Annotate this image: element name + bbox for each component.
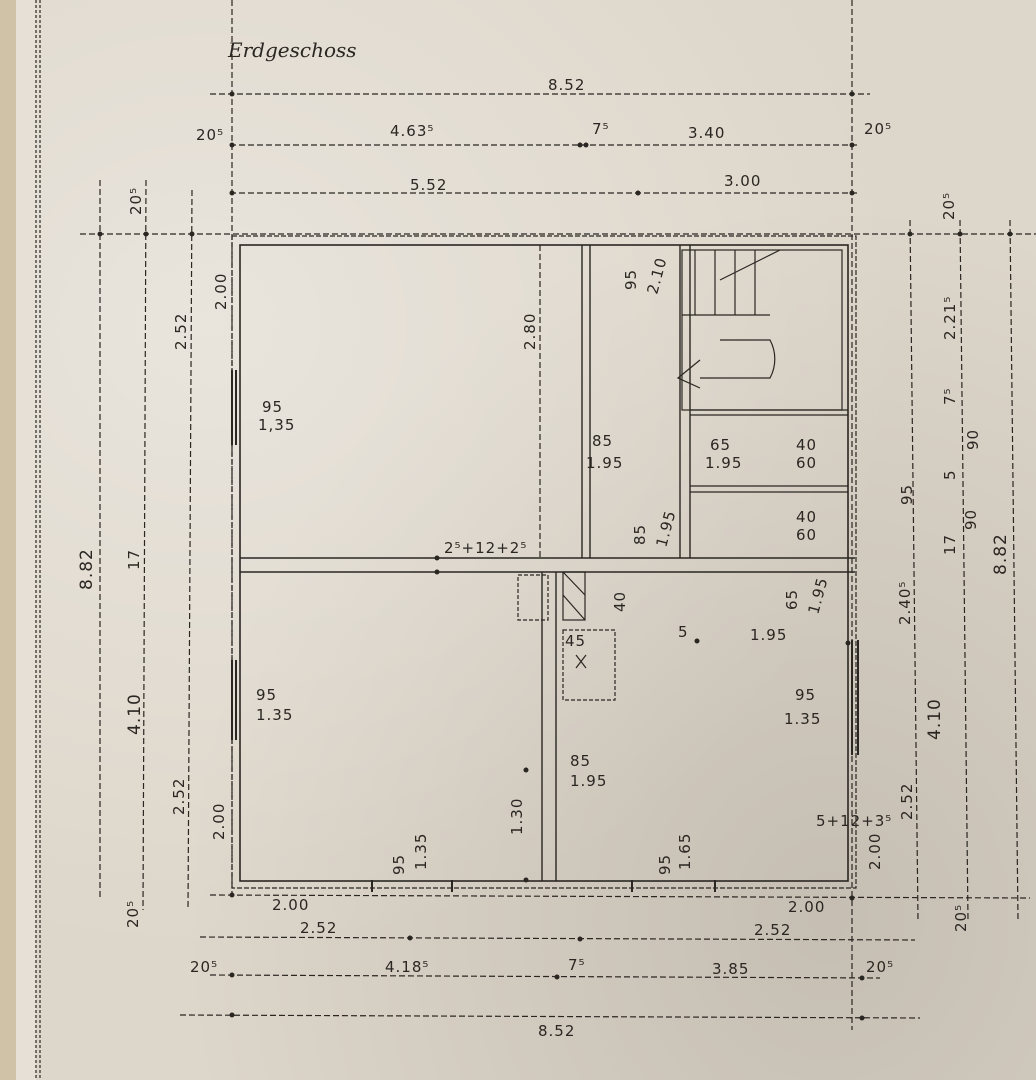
dim-right-axis-mid: 2.40⁵ (896, 581, 914, 625)
opening-left-bottom: 95 1.35 (256, 686, 293, 724)
dim-right-wall-height: 2.00 (866, 833, 884, 870)
svg-text:65: 65 (783, 589, 801, 610)
svg-text:1.95: 1.95 (705, 454, 742, 472)
opening-stair-window: 95 2.10 (622, 255, 671, 296)
dim-bottom-right-room: 3.85 (712, 960, 749, 978)
svg-text:60: 60 (796, 454, 817, 472)
svg-text:1.95: 1.95 (570, 772, 607, 790)
dim-closet-width: 45 (565, 632, 586, 650)
svg-text:2.10: 2.10 (643, 255, 670, 296)
dim-left-inner-wall: 17 (125, 549, 143, 570)
svg-text:85: 85 (631, 524, 649, 545)
dim-left-overall: 8.82 (77, 548, 97, 590)
dim-bottom-left-room: 4.18⁵ (385, 958, 429, 976)
svg-text:95: 95 (262, 398, 283, 416)
svg-text:40: 40 (796, 436, 817, 454)
opening-door-c: 85 1.95 (631, 508, 680, 549)
opening-door-d: 65 1.95 (783, 575, 832, 616)
svg-text:40: 40 (796, 508, 817, 526)
dim-right-wall-bottom: 20⁵ (952, 904, 970, 932)
opening-door-a: 85 1.95 (586, 432, 623, 472)
dim-room-height-bottom: 1.30 (508, 798, 526, 835)
opening-bottom-right: 95 1.65 (656, 833, 694, 875)
dim-bottom-wall-r: 20⁵ (866, 958, 894, 976)
svg-text:1.35: 1.35 (412, 833, 430, 870)
dim-hall-width: 1.95 (750, 626, 787, 644)
dim-gap: 5 (678, 623, 689, 641)
floor-plan: Erdgeschoss 8.52 20⁵ 4.63⁵ 7⁵ 3.40 20⁵ 5… (0, 0, 1036, 1080)
dim-right-door: 95 (898, 484, 916, 505)
svg-text:1.35: 1.35 (784, 710, 821, 728)
dim-left-wall-height-top: 2.00 (212, 273, 230, 310)
dim-top-wall-left: 20⁵ (196, 126, 224, 144)
svg-text:60: 60 (796, 526, 817, 544)
dim-overall-top: 8.52 (548, 76, 585, 94)
dim-left-axis-bottom: 2.52 (170, 778, 188, 815)
dim-wall-stack-right: 5+12+3⁵ (816, 812, 892, 830)
dim-right-wall-a: 7⁵ (941, 387, 959, 405)
dim-top-left-room: 4.63⁵ (390, 122, 434, 140)
dim-top-wall-right: 20⁵ (864, 120, 892, 138)
opening-right-lower: 95 1.35 (784, 686, 821, 728)
dim-left-wall-top: 20⁵ (127, 187, 145, 215)
opening-small-a: 40 60 (796, 436, 817, 472)
svg-text:1.95: 1.95 (804, 575, 831, 616)
svg-text:1.65: 1.65 (676, 833, 694, 870)
dim-left-axis-top: 2.52 (172, 313, 190, 350)
plan-title: Erdgeschoss (227, 38, 357, 62)
svg-text:95: 95 (390, 854, 408, 875)
svg-text:85: 85 (570, 752, 591, 770)
dim-right-wall-top: 20⁵ (940, 192, 958, 220)
dim-wall-stack: 2⁵+12+2⁵ (444, 539, 527, 557)
opening-left-top: 95 1,35 (258, 398, 295, 434)
dim-right-overall: 8.82 (991, 533, 1011, 575)
dim-top-axis-right: 3.00 (724, 172, 761, 190)
dim-bottom-wall-left: 2.00 (272, 896, 309, 914)
dim-left-wall-bottom: 20⁵ (124, 900, 142, 928)
svg-text:85: 85 (592, 432, 613, 450)
dim-right-window-a: 90 (964, 429, 982, 450)
dim-closet-depth: 40 (611, 591, 629, 612)
svg-text:1,35: 1,35 (258, 416, 295, 434)
dim-bottom-wall-mid: 7⁵ (568, 956, 586, 974)
svg-text:1.95: 1.95 (652, 508, 679, 549)
svg-text:95: 95 (656, 854, 674, 875)
dim-right-lower: 4.10 (925, 698, 945, 740)
svg-text:1.35: 1.35 (256, 706, 293, 724)
dim-right-inner-wall: 17 (941, 534, 959, 555)
svg-text:95: 95 (256, 686, 277, 704)
svg-text:95: 95 (622, 269, 640, 290)
dim-top-axis-left: 5.52 (410, 176, 447, 194)
dim-bottom-wall-l: 20⁵ (190, 958, 218, 976)
svg-text:1.95: 1.95 (586, 454, 623, 472)
opening-door-b: 65 1.95 (705, 436, 742, 472)
dim-left-lower: 4.10 (125, 693, 145, 735)
dim-room-height-top: 2.80 (521, 313, 539, 350)
dim-top-wall-mid: 7⁵ (592, 120, 610, 138)
svg-text:65: 65 (710, 436, 731, 454)
opening-bottom-left: 95 1.35 (390, 833, 430, 875)
dim-top-right-room: 3.40 (688, 124, 725, 142)
opening-door-e: 85 1.95 (570, 752, 607, 790)
dim-bottom-wall-right: 2.00 (788, 898, 825, 916)
dim-bottom-axis-right: 2.52 (754, 921, 791, 939)
dim-right-axis-bottom: 2.52 (898, 783, 916, 820)
svg-text:95: 95 (795, 686, 816, 704)
dim-right-window-b: 90 (962, 509, 980, 530)
dim-right-upper: 2.21⁵ (941, 296, 959, 340)
opening-small-b: 40 60 (796, 508, 817, 544)
dim-right-gap: 5 (941, 469, 959, 480)
dim-left-wall-height-bottom: 2.00 (210, 803, 228, 840)
dim-overall-bottom: 8.52 (538, 1022, 575, 1040)
dim-bottom-axis-left: 2.52 (300, 919, 337, 937)
